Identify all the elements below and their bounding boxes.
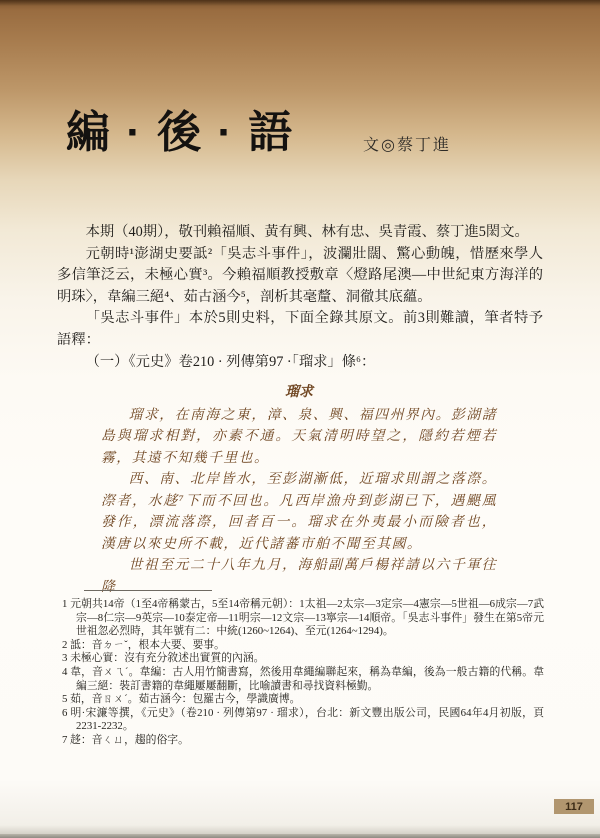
body-paragraph: （一）《元史》卷210 · 列傳第97 ·「瑠求」條⁶： <box>57 352 543 374</box>
footnote-number: 7 <box>62 734 67 746</box>
footnote-text: 元朝共14帝（1至4帝稱蒙古，5至14帝稱元朝）：1太祖—2太宗—3定宗—4憲宗… <box>70 598 544 637</box>
footnote: 6 明·宋濂等撰，《元史》（卷210 · 列傳第97 · 瑠求），台北：新文豐出… <box>62 707 544 734</box>
main-text-column: 本期（40期），敬刊賴福順、黃有興、林有忠、吳青霞、蔡丁進5閎文。 元朝時¹澎湖… <box>57 222 543 597</box>
footnote-text: 詆：音ㄉㄧˇ，根本大要、要事。 <box>70 639 225 651</box>
footnote-text: 未極心實：沒有充分敘述出實質的內涵。 <box>70 652 264 664</box>
footnote: 2 詆：音ㄉㄧˇ，根本大要、要事。 <box>62 639 544 653</box>
footnote-number: 6 <box>62 707 67 719</box>
scan-bottom-edge <box>0 834 600 838</box>
page-number-tab: 117 <box>554 799 594 814</box>
footnote: 4 韋，音ㄨㄟˊ。韋編：古人用竹簡書寫，然後用韋繩編聯起來，稱為韋編，後為一般古… <box>62 666 544 693</box>
yuanshi-quotation-block: 瑠求 瑠求，在南海之東，漳、泉、興、福四州界內。彭湖諸島與瑠求相對，亦素不通。天… <box>101 382 497 597</box>
quotation-heading: 瑠求 <box>101 382 497 404</box>
author-byline: 文◎蔡丁進 <box>363 132 451 155</box>
body-paragraph: 本期（40期），敬刊賴福順、黃有興、林有忠、吳青霞、蔡丁進5閎文。 <box>57 222 543 244</box>
scan-top-shadow <box>0 0 600 6</box>
footnote-text: 茹，音ㄖㄨˊ。茹古涵今：包羅古今，學識廣博。 <box>70 693 300 705</box>
footnote-number: 3 <box>62 652 67 664</box>
footnote: 5 茹，音ㄖㄨˊ。茹古涵今：包羅古今，學識廣博。 <box>62 693 544 707</box>
footnote: 3 未極心實：沒有充分敘述出實質的內涵。 <box>62 652 544 666</box>
footnote: 1 元朝共14帝（1至4帝稱蒙古，5至14帝稱元朝）：1太祖—2太宗—3定宗—4… <box>62 598 544 639</box>
scanned-journal-page: 編 · 後 · 語 文◎蔡丁進 本期（40期），敬刊賴福順、黃有興、林有忠、吳青… <box>0 0 600 838</box>
page-number: 117 <box>565 801 583 813</box>
page-title: 編 · 後 · 語 <box>66 96 294 160</box>
footnote-number: 1 <box>62 598 67 610</box>
body-paragraph: 「吳志斗事件」本於5則史料，下面全錄其原文。前3則難讀，筆者特予語釋： <box>57 308 543 351</box>
footnote-number: 4 <box>62 666 67 678</box>
footnote-section: 1 元朝共14帝（1至4帝稱蒙古，5至14帝稱元朝）：1太祖—2太宗—3定宗—4… <box>62 590 544 748</box>
quotation-paragraph: 西、南、北岸皆水，至彭湖漸低，近瑠求則謂之落漈。漈者，水趍⁷下而不回也。凡西岸漁… <box>101 468 497 554</box>
body-paragraph: 元朝時¹澎湖史要詆²「吳志斗事件」，波瀾壯闊、驚心動魄，惜歷來學人多信筆泛云，未… <box>57 244 543 309</box>
footnote-number: 2 <box>62 639 67 651</box>
footnote-number: 5 <box>62 693 67 705</box>
footnote-text: 趍：音ㄑㄩ，趨的俗字。 <box>70 734 189 746</box>
footnote: 7 趍：音ㄑㄩ，趨的俗字。 <box>62 734 544 748</box>
footnote-text: 明·宋濂等撰，《元史》（卷210 · 列傳第97 · 瑠求），台北：新文豐出版公… <box>70 707 544 733</box>
quotation-paragraph: 瑠求，在南海之東，漳、泉、興、福四州界內。彭湖諸島與瑠求相對，亦素不通。天氣清明… <box>101 404 497 469</box>
footnote-text: 韋，音ㄨㄟˊ。韋編：古人用竹簡書寫，然後用韋繩編聯起來，稱為韋編，後為一般古籍的… <box>70 666 544 692</box>
footnote-separator-rule <box>84 590 212 591</box>
